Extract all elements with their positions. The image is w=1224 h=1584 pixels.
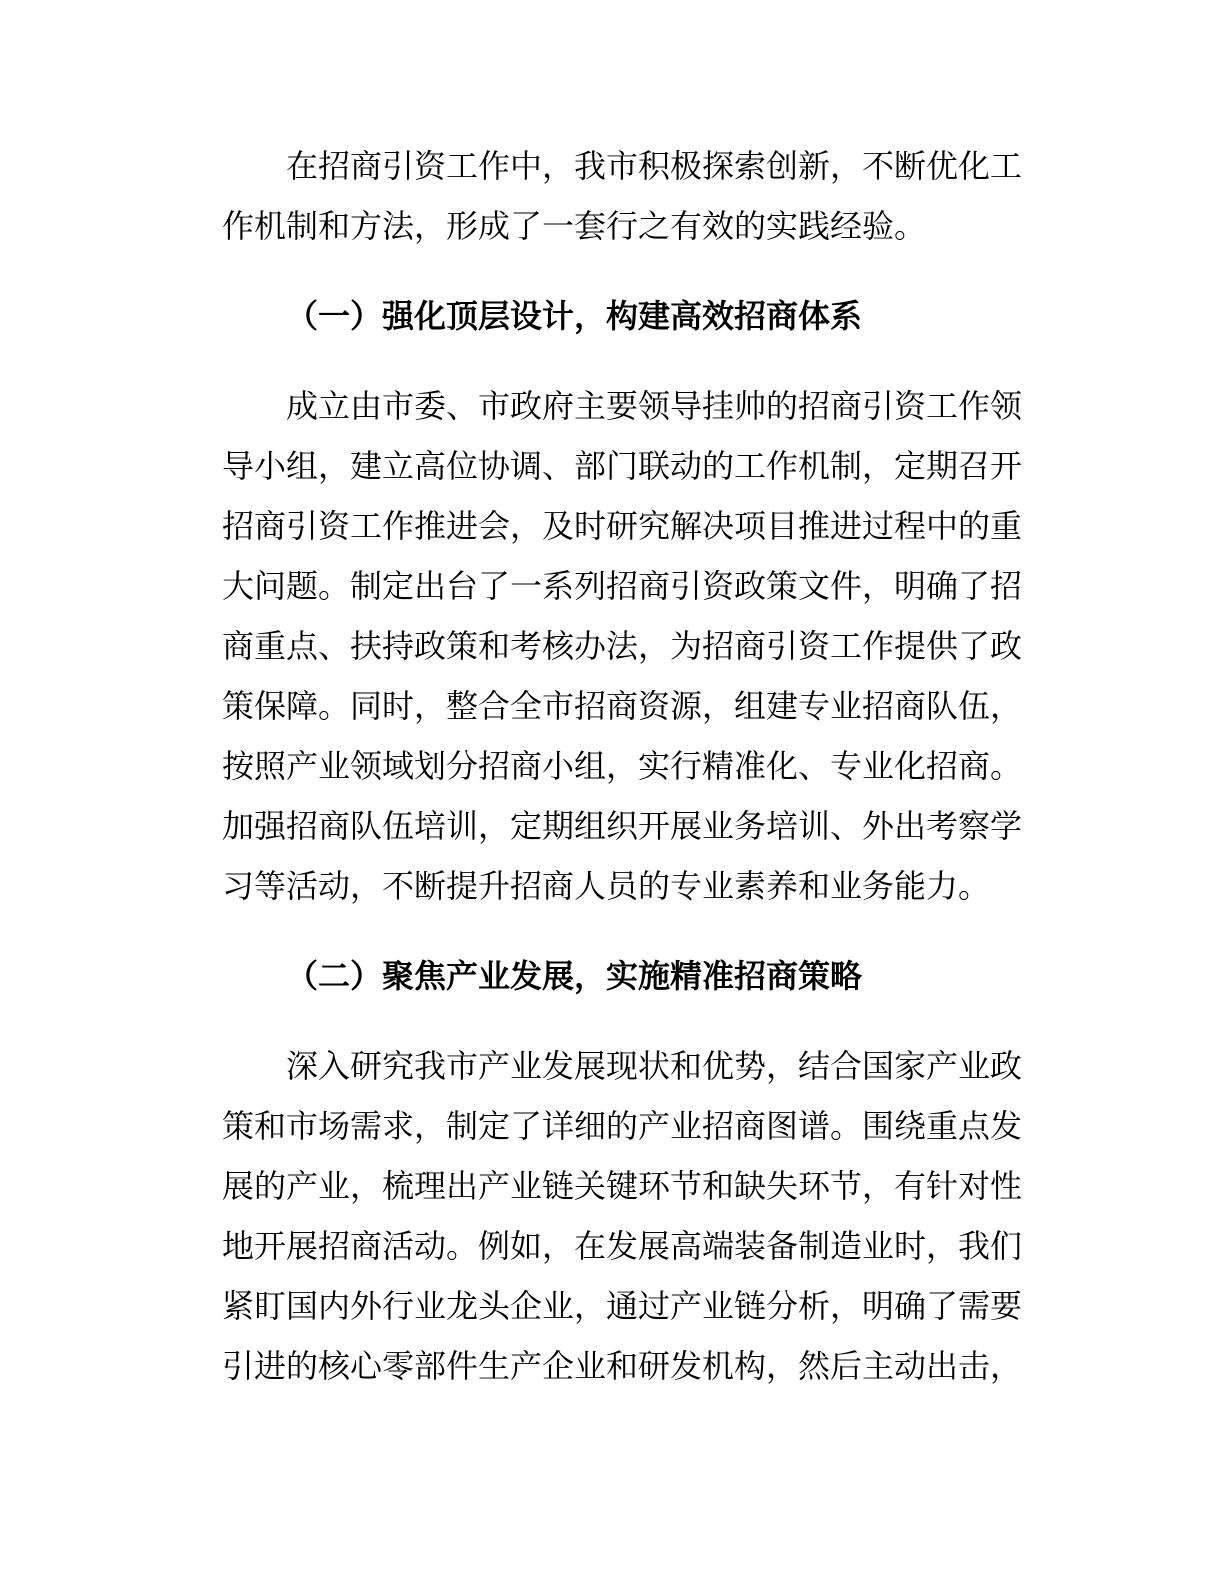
document-page: 在招商引资工作中，我市积极探索创新，不断优化工作机制和方法，形成了一套行之有效的…: [0, 0, 1224, 1584]
section-1-heading: （一）强化顶层设计，构建高效招商体系: [222, 286, 1022, 346]
section-1-paragraph: 成立由市委、市政府主要领导挂帅的招商引资工作领导小组，建立高位协调、部门联动的工…: [222, 376, 1022, 916]
intro-paragraph: 在招商引资工作中，我市积极探索创新，不断优化工作机制和方法，形成了一套行之有效的…: [222, 136, 1022, 256]
document-content: 在招商引资工作中，我市积极探索创新，不断优化工作机制和方法，形成了一套行之有效的…: [222, 136, 1022, 1396]
section-2-paragraph: 深入研究我市产业发展现状和优势，结合国家产业政策和市场需求，制定了详细的产业招商…: [222, 1036, 1022, 1396]
section-2-heading: （二）聚焦产业发展，实施精准招商策略: [222, 946, 1022, 1006]
